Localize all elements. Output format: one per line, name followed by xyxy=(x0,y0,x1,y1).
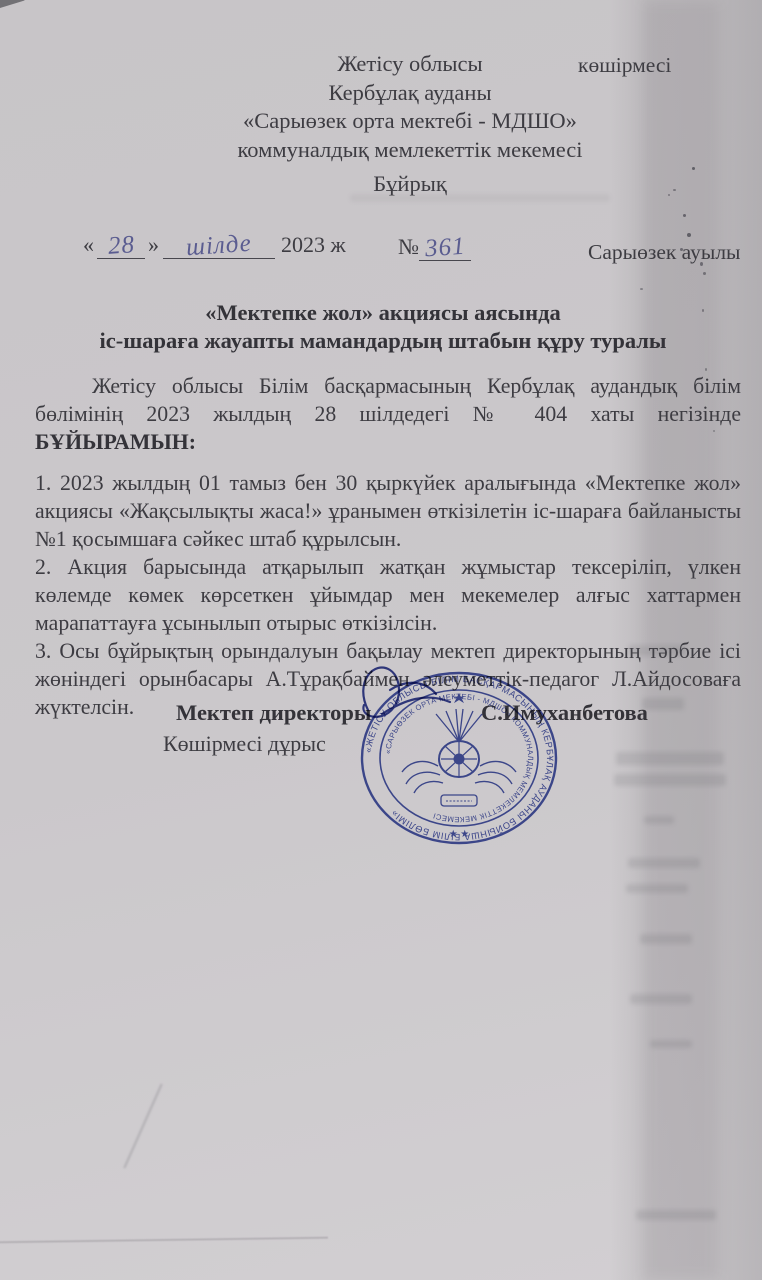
copy-label: көшірмесі xyxy=(578,53,671,78)
place-label: Сарыөзек ауылы xyxy=(588,240,741,265)
bleedthrough-smudge xyxy=(650,1040,692,1048)
bleedthrough-smudge xyxy=(628,645,686,656)
paper-crease xyxy=(0,1237,328,1244)
quote-close: » xyxy=(148,232,159,257)
quote-open: « xyxy=(83,232,94,257)
bleedthrough-smudge xyxy=(644,816,674,824)
bleedthrough-smudge xyxy=(642,698,684,710)
ink-speck xyxy=(703,272,706,275)
bleedthrough-smudge xyxy=(640,934,692,944)
ink-speck xyxy=(687,233,691,237)
paper-crease xyxy=(123,1084,162,1169)
bleedthrough-smudge xyxy=(636,1210,716,1220)
ink-speck xyxy=(673,189,676,191)
stamp-stars: ★ ★ xyxy=(449,829,469,840)
order-item-2: 2. Акция барысында атқарылып жатқан жұмы… xyxy=(35,553,741,637)
bleedthrough-smudge xyxy=(350,194,610,202)
corner-mark xyxy=(0,0,26,9)
intro-emphasis: БҰЙЫРАМЫН: xyxy=(35,430,196,454)
bleedthrough-smudge xyxy=(616,752,724,765)
copy-certification-note: Көшірмесі дұрыс xyxy=(163,731,326,757)
ink-speck xyxy=(702,309,704,312)
ink-speck xyxy=(668,194,670,196)
ink-speck xyxy=(640,288,643,290)
ink-speck xyxy=(705,368,707,371)
district-line: Кербұлақ ауданы xyxy=(110,79,710,108)
signature-scribble xyxy=(330,648,510,768)
bleedthrough-smudge xyxy=(614,774,726,786)
school-name-line: «Сарыөзек орта мектебі - МДШО» xyxy=(110,107,710,136)
ink-speck xyxy=(692,167,695,170)
intro-paragraph: Жетісу облысы Білім басқармасының Кербұл… xyxy=(35,372,741,456)
ink-speck xyxy=(683,214,686,217)
order-number-field: №361 xyxy=(398,234,471,261)
date-field: «28»шілде2023 ж xyxy=(83,232,346,259)
number-label: № xyxy=(398,234,419,259)
ink-speck xyxy=(713,430,715,432)
ink-speck xyxy=(688,253,690,255)
bleedthrough-smudge xyxy=(626,884,688,893)
handwritten-day: 28 xyxy=(107,235,135,257)
ink-speck xyxy=(680,248,683,251)
ink-speck xyxy=(700,262,703,266)
order-title-line2: іс-шараға жауапты мамандардың штабын құр… xyxy=(40,327,726,355)
intro-text: Жетісу облысы Білім басқармасының Кербұл… xyxy=(35,374,741,426)
order-title: «Мектепке жол» акциясы аясында іс-шараға… xyxy=(40,299,726,354)
bleedthrough-smudge xyxy=(630,994,692,1004)
bleedthrough-smudge xyxy=(628,858,700,868)
handwritten-number: 361 xyxy=(424,237,466,260)
document-page: Жетісу облысы Кербұлақ ауданы «Сарыөзек … xyxy=(0,0,762,1280)
order-title-line1: «Мектепке жол» акциясы аясында xyxy=(40,299,726,327)
handwritten-month: шілде xyxy=(186,234,253,259)
year-label: 2023 ж xyxy=(281,232,346,257)
ink-speck xyxy=(388,651,392,654)
order-item-1: 1. 2023 жылдың 01 тамыз бен 30 қыркүйек … xyxy=(35,469,741,553)
org-type-line: коммуналдық мемлекеттік мекемесі xyxy=(110,136,710,165)
